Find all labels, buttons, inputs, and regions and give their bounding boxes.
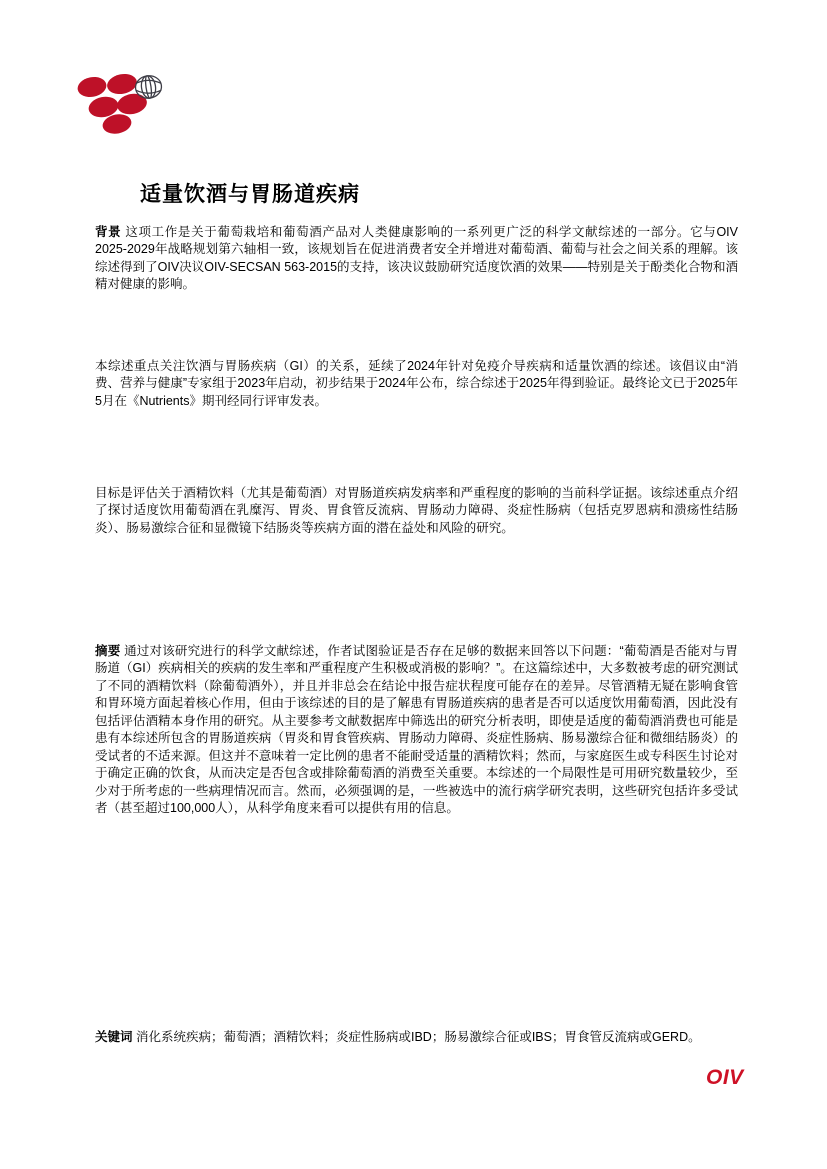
background-label: 背景: [95, 225, 121, 239]
abstract-text: 通过对该研究进行的科学文献综述，作者试图验证是否存在足够的数据来回答以下问题：“…: [95, 644, 738, 816]
page-title: 适量饮酒与胃肠道疾病: [140, 178, 360, 208]
objective-text: 目标是评估关于酒精饮料（尤其是葡萄酒）对胃肠道疾病发病率和严重程度的影响的当前科…: [95, 486, 738, 535]
keywords-text: 消化系统疾病；葡萄酒；酒精饮料；炎症性肠病或IBD；肠易激综合征或IBS；胃食管…: [136, 1030, 701, 1044]
oiv-wordmark: OIV: [706, 1066, 744, 1090]
document-page: 适量饮酒与胃肠道疾病 背景 这项工作是关于葡萄栽培和葡萄酒产品对人类健康影响的一…: [0, 0, 827, 1169]
abstract-label: 摘要: [95, 644, 120, 658]
keywords-label: 关键词: [95, 1030, 133, 1044]
oiv-grape-globe-logo-icon: [76, 66, 168, 140]
background-text: 这项工作是关于葡萄栽培和葡萄酒产品对人类健康影响的一系列更广泛的科学文献综述的一…: [95, 225, 738, 292]
background-paragraph: 背景 这项工作是关于葡萄栽培和葡萄酒产品对人类健康影响的一系列更广泛的科学文献综…: [95, 224, 738, 294]
keywords-paragraph: 关键词 消化系统疾病；葡萄酒；酒精饮料；炎症性肠病或IBD；肠易激综合征或IBS…: [95, 1029, 738, 1047]
objective-paragraph: 目标是评估关于酒精饮料（尤其是葡萄酒）对胃肠道疾病发病率和严重程度的影响的当前科…: [95, 485, 738, 538]
scope-paragraph: 本综述重点关注饮酒与胃肠疾病（GI）的关系，延续了2024年针对免疫介导疾病和适…: [95, 358, 738, 411]
abstract-paragraph: 摘要 通过对该研究进行的科学文献综述，作者试图验证是否存在足够的数据来回答以下问…: [95, 643, 738, 818]
scope-text: 本综述重点关注饮酒与胃肠疾病（GI）的关系，延续了2024年针对免疫介导疾病和适…: [95, 359, 738, 408]
